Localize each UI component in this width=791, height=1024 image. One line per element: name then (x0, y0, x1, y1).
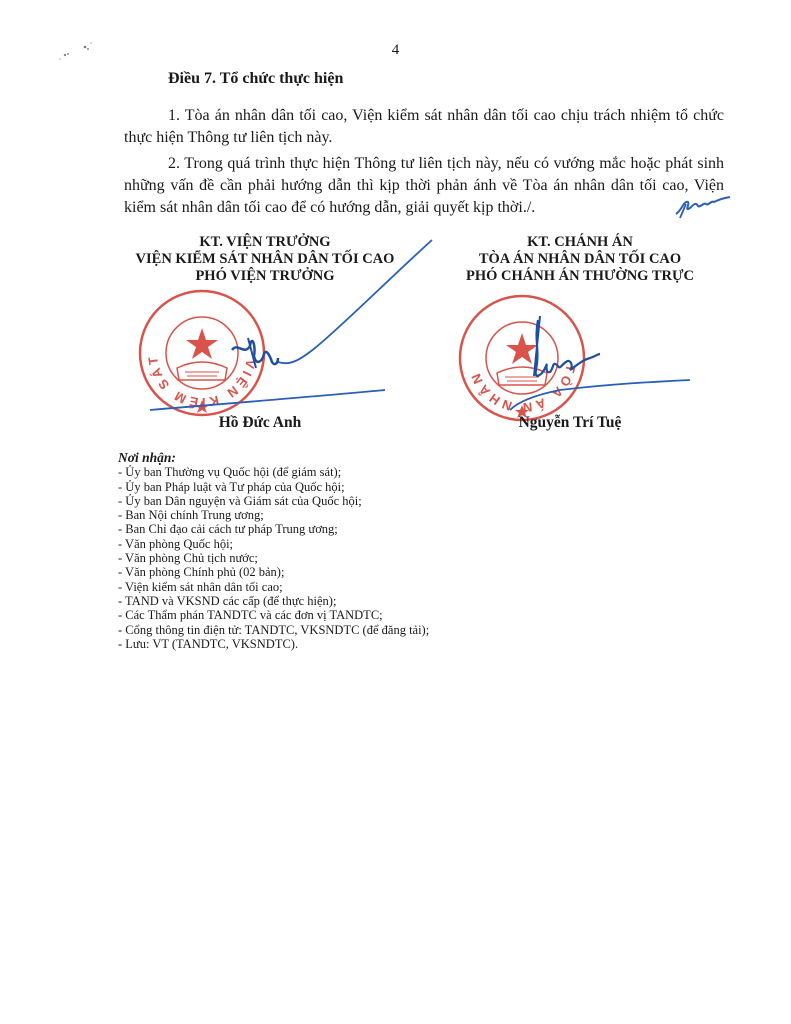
sig-right-line2: TÒA ÁN NHÂN DÂN TỐI CAO (430, 251, 730, 268)
sig-right-line3: PHÓ CHÁNH ÁN THƯỜNG TRỰC (430, 268, 730, 285)
signature-block-right: KT. CHÁNH ÁN TÒA ÁN NHÂN DÂN TỐI CAO PHÓ… (430, 234, 730, 285)
list-item: - Lưu: VT (TANDTC, VKSNDTC). (118, 637, 429, 651)
list-item: - Ban Nội chính Trung ương; (118, 508, 429, 522)
list-item: - Văn phòng Chính phủ (02 bản); (118, 565, 429, 579)
initial-mark (672, 192, 732, 222)
list-item: - Các Thẩm phán TANDTC và các đơn vị TAN… (118, 608, 429, 622)
paragraph-1: 1. Tòa án nhân dân tối cao, Viện kiểm sá… (124, 105, 724, 149)
paragraph-1-first-line: 1. Tòa án nhân dân tối cao, Viện kiểm sá… (168, 107, 671, 124)
signer-name-left: Hồ Đức Anh (160, 414, 360, 432)
list-item: - TAND và VKSND các cấp (để thực hiện); (118, 594, 429, 608)
page-number: 4 (0, 42, 791, 59)
list-item: - Viện kiểm sát nhân dân tối cao; (118, 580, 429, 594)
sig-right-line1: KT. CHÁNH ÁN (430, 234, 730, 251)
list-item: - Ủy ban Pháp luật và Tư pháp của Quốc h… (118, 480, 429, 494)
list-item: - Ủy ban Thường vụ Quốc hội (để giám sát… (118, 465, 429, 479)
recipients-title: Nơi nhận: (118, 451, 429, 465)
signature-left-icon (140, 238, 440, 418)
recipients-list: Nơi nhận: - Ủy ban Thường vụ Quốc hội (đ… (118, 451, 429, 651)
list-item: - Cổng thông tin điện tử: TANDTC, VKSNDT… (118, 623, 429, 637)
paragraph-2-first-line: 2. Trong quá trình thực hiện Thông tư li… (168, 155, 661, 172)
list-item: - Văn phòng Quốc hội; (118, 537, 429, 551)
list-item: - Ban Chỉ đạo cải cách tư pháp Trung ươn… (118, 522, 429, 536)
list-item: - Văn phòng Chủ tịch nước; (118, 551, 429, 565)
signer-name-right: Nguyễn Trí Tuệ (470, 414, 670, 432)
paragraph-2: 2. Trong quá trình thực hiện Thông tư li… (124, 153, 724, 219)
signature-right-icon (500, 310, 700, 420)
list-item: - Ủy ban Dân nguyện và Giám sát của Quốc… (118, 494, 429, 508)
article-heading: Điều 7. Tổ chức thực hiện (168, 70, 343, 88)
